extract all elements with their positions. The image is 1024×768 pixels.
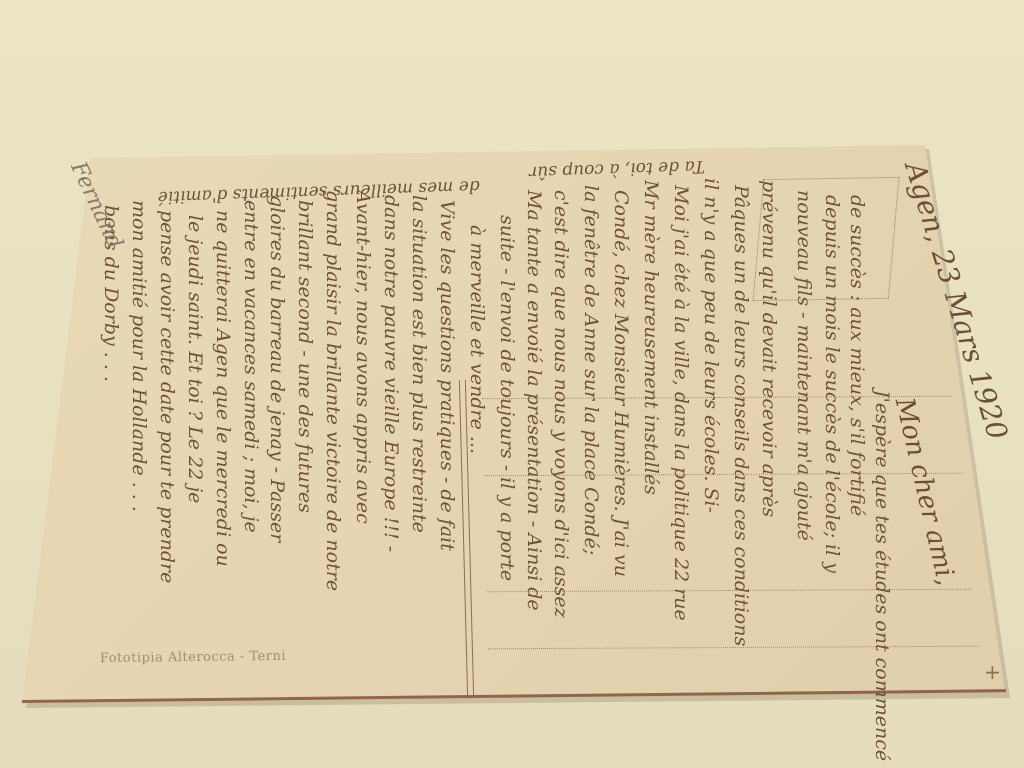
handwritten-line: dans notre pauvre vieille Europe !!! - [380, 195, 402, 552]
handwritten-line: suite - l'envoi de toujours - il y a por… [496, 215, 518, 581]
handwritten-line: pense avoir cette date pour te prendre [156, 210, 178, 583]
handwritten-line: c'est dire que nous nous y voyons d'ici … [550, 190, 572, 618]
handwritten-line: ne quitterai Agen que le mercredi ou [212, 210, 234, 567]
handwritten-line: la fenêtre de Anne sur la place Condé; [580, 185, 602, 555]
handwritten-line: prévenu qu'il devait recevoir après [758, 180, 780, 517]
handwritten-line: Pâques un de leurs conseils dans ces con… [730, 185, 752, 646]
handwritten-line: Vive les questions pratiques - de fait [436, 200, 458, 551]
corner-mark: + [984, 660, 1001, 684]
handwritten-line: le jeudi saint. Et toi ? Le 22 je [184, 215, 206, 503]
handwritten-line: Ma tante a envoié la présentation - Ains… [523, 190, 545, 611]
handwritten-line: Mr mère heureusement installés [640, 180, 662, 495]
handwritten-line: brillant second - une des futures [294, 200, 316, 513]
handwritten-line: J'espère que tes études ont commencé [871, 390, 893, 761]
handwritten-line: la situation est bien plus restreinte [408, 195, 430, 533]
handwritten-line: Avant-hier, nous avons appris avec [352, 190, 374, 524]
handwritten-line: entre en vacances samedi ; moi, je [240, 200, 262, 533]
handwritten-line: de succès : aux mieux, s'il fortifié [846, 195, 868, 516]
publisher-imprint: Fototipia Alterocca - Terni [100, 649, 286, 666]
handwritten-line: il n'y a que peu de leurs écoles. Si- [700, 178, 722, 513]
handwritten-line: gloires du barreau de jenay - Passer [266, 195, 288, 542]
handwritten-line: mon amitié pour la Hollande . . . [128, 200, 150, 512]
handwritten-line: nouveau fils - maintenant m'a ajouté [793, 190, 815, 541]
handwritten-line: Moi j'ai été à la ville, dans la politiq… [670, 185, 692, 621]
handwritten-line: Condé, chez Monsieur Humières. J'ai vu [610, 190, 632, 577]
handwritten-line: grand plaisir la brillante victoire de n… [322, 190, 344, 591]
handwritten-line: depuis un mois le succès de l'école; il … [821, 195, 843, 573]
handwritten-line: à merveille et vendre ... [466, 225, 488, 454]
